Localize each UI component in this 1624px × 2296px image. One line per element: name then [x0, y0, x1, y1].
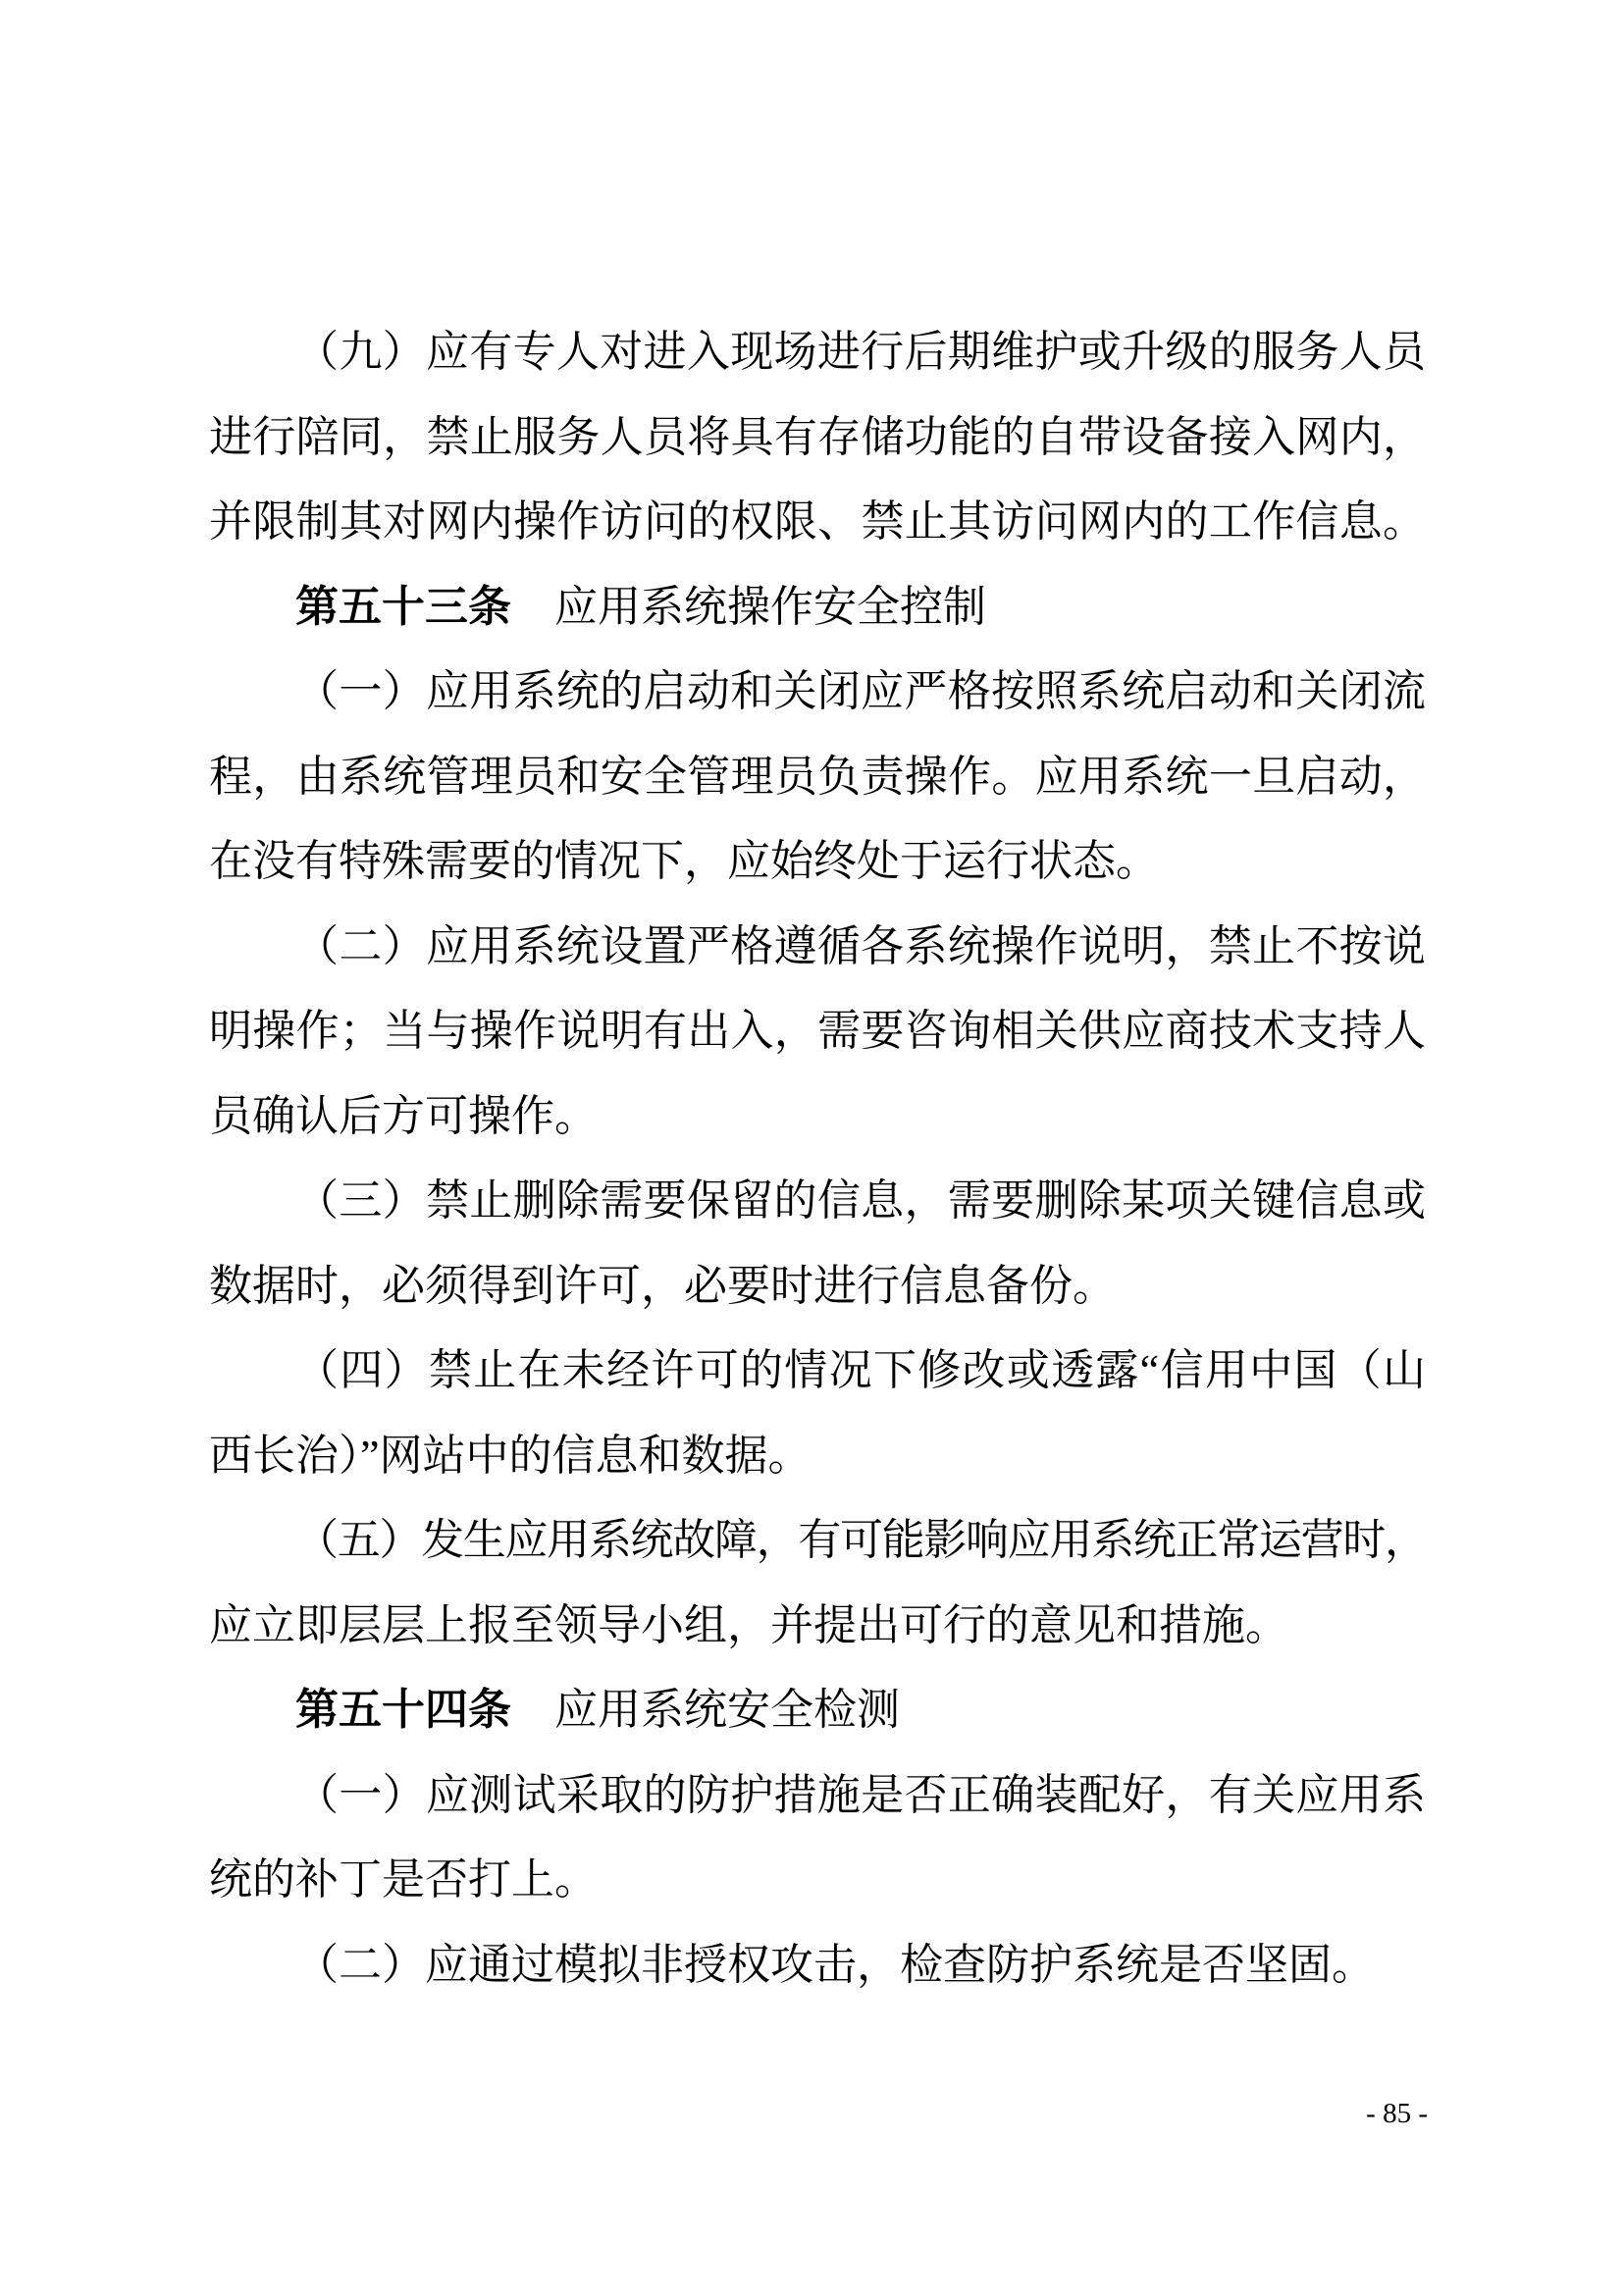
- page-number: - 85 -: [1366, 2096, 1428, 2131]
- paragraph-line: 统的补丁是否打上。: [209, 1838, 1426, 1923]
- article-heading: 第五十四条应用系统安全检测: [209, 1668, 1426, 1753]
- paragraph-line: 进行陪同，禁止服务人员将具有存储功能的自带设备接入网内，: [209, 395, 1426, 481]
- paragraph-line: 员确认后方可操作。: [209, 1074, 1426, 1160]
- article-heading: 第五十三条应用系统操作安全控制: [209, 565, 1426, 651]
- paragraph-line: （五）发生应用系统故障，有可能影响应用系统正常运营时，: [209, 1498, 1426, 1584]
- article-number: 第五十三条: [295, 583, 511, 631]
- paragraph-line: 明操作；当与操作说明有出入，需要咨询相关供应商技术支持人: [209, 989, 1426, 1074]
- paragraph-line: 程，由系统管理员和安全管理员负责操作。应用系统一旦启动，: [209, 735, 1426, 820]
- article-title: 应用系统安全检测: [554, 1686, 900, 1734]
- paragraph-line: 数据时，必须得到许可，必要时进行信息备份。: [209, 1244, 1426, 1330]
- paragraph-line: （四）禁止在未经许可的情况下修改或透露“信用中国（山: [209, 1329, 1426, 1414]
- article-number: 第五十四条: [295, 1686, 511, 1734]
- paragraph-line: 并限制其对网内操作访问的权限、禁止其访问网内的工作信息。: [209, 480, 1426, 565]
- document-page: （九）应有专人对进入现场进行后期维护或升级的服务人员 进行陪同，禁止服务人员将具…: [0, 0, 1624, 2296]
- paragraph-line: （一）应测试采取的防护措施是否正确装配好，有关应用系: [209, 1753, 1426, 1839]
- paragraph-line: （一）应用系统的启动和关闭应严格按照系统启动和关闭流: [209, 650, 1426, 735]
- paragraph-line: （二）应通过模拟非授权攻击，检查防护系统是否坚固。: [209, 1923, 1426, 2009]
- paragraph-line: 在没有特殊需要的情况下，应始终处于运行状态。: [209, 819, 1426, 905]
- paragraph-line: 应立即层层上报至领导小组，并提出可行的意见和措施。: [209, 1584, 1426, 1669]
- paragraph-line: 西长治）”网站中的信息和数据。: [209, 1414, 1426, 1499]
- paragraph-line: （二）应用系统设置严格遵循各系统操作说明，禁止不按说: [209, 905, 1426, 990]
- document-body: （九）应有专人对进入现场进行后期维护或升级的服务人员 进行陪同，禁止服务人员将具…: [209, 310, 1426, 2008]
- paragraph-line: （九）应有专人对进入现场进行后期维护或升级的服务人员: [209, 310, 1426, 395]
- paragraph-line: （三）禁止删除需要保留的信息，需要删除某项关键信息或: [209, 1159, 1426, 1244]
- article-title: 应用系统操作安全控制: [554, 583, 986, 631]
